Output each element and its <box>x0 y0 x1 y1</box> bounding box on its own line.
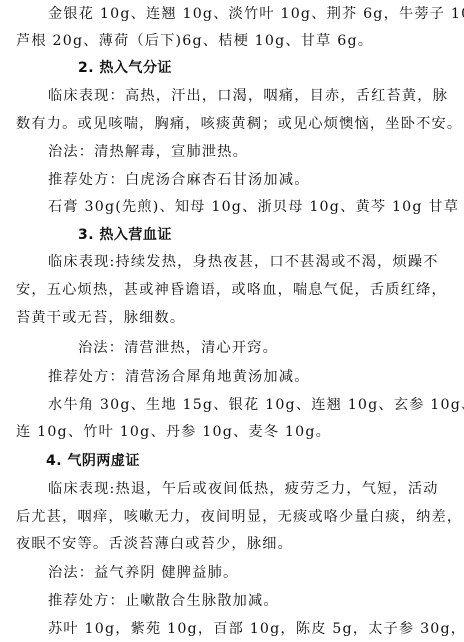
body-line: 治法：清热解毒，宣肺泄热。 <box>48 142 248 162</box>
body-line: 治法：益气养阴 健脾益肺。 <box>48 563 238 583</box>
body-line: 石膏 30g(先煎)、知母 10g、浙贝母 10g、黄芩 10g 甘草 6g。 <box>48 197 464 217</box>
section-heading: 2. 热入气分证 <box>78 58 172 78</box>
body-line: 连 10g、竹叶 10g、丹参 10g、麦冬 10g。 <box>16 422 331 442</box>
document-page: 金银花 10g、连翘 10g、淡竹叶 10g、荆芥 6g，牛蒡子 10g、 芦根… <box>0 0 464 642</box>
body-line: 推荐处方：白虎汤合麻杏石甘汤加减。 <box>48 170 310 190</box>
body-line: 推荐处方：清营汤合犀角地黄汤加减。 <box>48 367 310 387</box>
body-line: 安，五心烦热，甚或神昏谵语，或咯血，喘息气促，舌质红绛， <box>16 280 447 300</box>
body-line: 夜眠不安等。舌淡苔薄白或苔少，脉细。 <box>16 534 293 554</box>
body-line: 芦根 20g、薄荷（后下)6g、桔梗 10g、甘草 6g。 <box>16 31 373 51</box>
body-line: 推荐处方：止嗽散合生脉散加减。 <box>48 591 279 611</box>
body-line: 临床表现：高热，汗出，口渴，咽痛，目赤，舌红苔黄，脉 <box>48 86 448 106</box>
body-line: 临床表现:持续发热，身热夜甚，口不甚渴或不渴，烦躁不 <box>48 252 439 272</box>
body-line: 水牛角 30g、生地 15g、银花 10g、连翘 10g、玄参 10g、黄 <box>48 395 464 415</box>
body-line: 临床表现:热退，午后或夜间低热，疲劳乏力，气短，活动 <box>48 479 439 499</box>
body-line: 苔黄干或无苔，脉细数。 <box>16 308 185 328</box>
body-line: 金银花 10g、连翘 10g、淡竹叶 10g、荆芥 6g，牛蒡子 10g、 <box>48 4 464 24</box>
section-heading: 4. 气阴两虚证 <box>46 451 140 471</box>
body-line: 后尤甚，咽痒，咳嗽无力，夜间明显，无痰或咯少量白痰，纳差， <box>16 507 462 527</box>
body-line: 治法：清营泄热，清心开窍。 <box>78 338 278 358</box>
section-heading: 3. 热入营血证 <box>78 225 172 245</box>
body-line: 数有力。或见咳喘，胸痛，咳痰黄稠；或见心烦懊恼，坐卧不安。 <box>16 114 462 134</box>
body-line: 苏叶 10g，紫苑 10g，百部 10g，陈皮 5g，太子参 30g，荆 <box>48 619 464 639</box>
